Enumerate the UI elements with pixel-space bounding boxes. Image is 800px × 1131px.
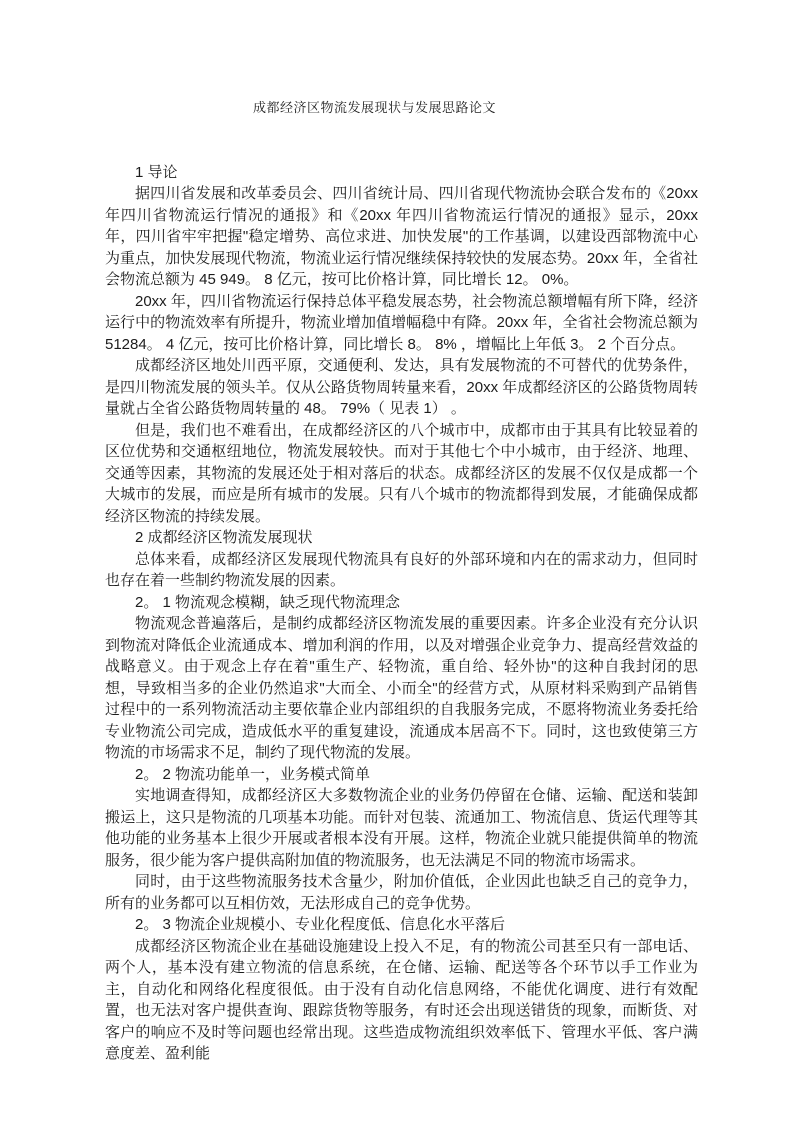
document-title: 成都经济区物流发展现状与发展思路论文 (105, 97, 698, 119)
document-page: 成都经济区物流发展现状与发展思路论文 1 导论据四川省发展和改革委员会、四川省统… (0, 0, 800, 1131)
section-heading: 2。 1 物流观念模糊，缺乏现代物流理念 (105, 592, 698, 614)
section-heading: 2 成都经济区物流发展现状 (105, 527, 698, 549)
body-paragraph: 物流观念普遍落后，是制约成都经济区物流发展的重要因素。许多企业没有充分认识到物流… (105, 613, 698, 764)
body-paragraph: 20xx 年，四川省物流运行保持总体平稳发展态势，社会物流总额增幅有所下降，经济… (105, 291, 698, 356)
body-paragraph: 总体来看，成都经济区发展现代物流具有良好的外部环境和内在的需求动力，但同时也存在… (105, 549, 698, 592)
body-paragraph: 据四川省发展和改革委员会、四川省统计局、四川省现代物流协会联合发布的《20xx … (105, 183, 698, 291)
section-heading: 2。 2 物流功能单一，业务模式简单 (105, 764, 698, 786)
section-heading: 1 导论 (105, 162, 698, 184)
body-paragraph: 实地调查得知，成都经济区大多数物流企业的业务仍停留在仓储、运输、配送和装卸搬运上… (105, 785, 698, 871)
body-paragraph: 成都经济区地处川西平原，交通便利、发达，具有发展物流的不可替代的优势条件，是四川… (105, 355, 698, 420)
document-body: 1 导论据四川省发展和改革委员会、四川省统计局、四川省现代物流协会联合发布的《2… (105, 162, 698, 1065)
section-heading: 2。 3 物流企业规模小、专业化程度低、信息化水平落后 (105, 914, 698, 936)
body-paragraph: 成都经济区物流企业在基础设施建设上投入不足，有的物流公司甚至只有一部电话、两个人… (105, 936, 698, 1065)
body-paragraph: 同时，由于这些物流服务技术含量少，附加价值低，企业因此也缺乏自己的竞争力，所有的… (105, 871, 698, 914)
document-content: 成都经济区物流发展现状与发展思路论文 1 导论据四川省发展和改革委员会、四川省统… (105, 97, 698, 1065)
body-paragraph: 但是，我们也不难看出，在成都经济区的八个城市中，成都市由于其具有比较显着的区位优… (105, 420, 698, 528)
